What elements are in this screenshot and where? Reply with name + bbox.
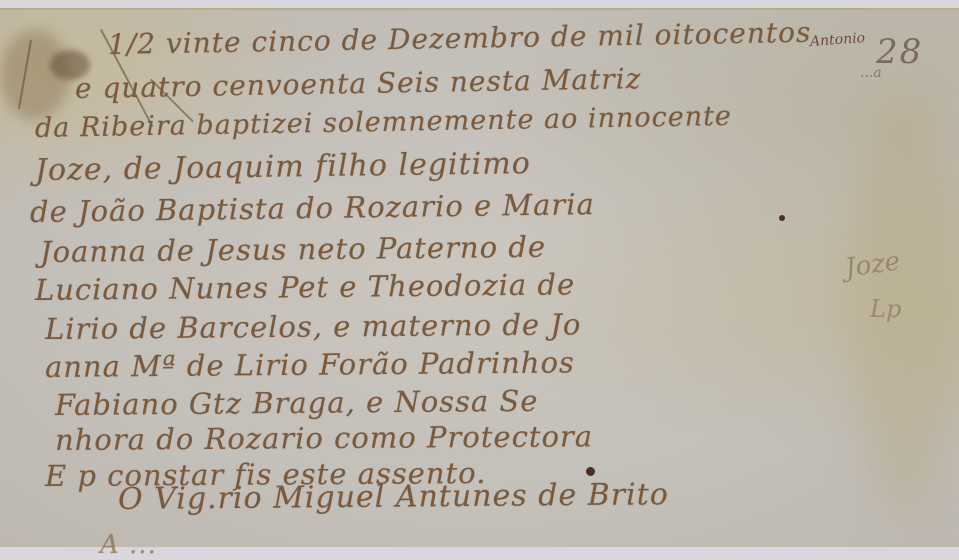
- text-line-7: Luciano Nunes Pet e Theodozia de: [35, 267, 575, 307]
- text-fragment-bottom: A ...: [100, 530, 157, 545]
- ink-blot: [586, 467, 595, 476]
- text-line-1: 1/2 vinte cinco de Dezembro de mil oitoc…: [108, 16, 812, 61]
- text-line-2: e quatro cenvoenta Seis nesta Matriz: [75, 62, 642, 105]
- signature: O Vig.rio Miguel Antunes de Brito: [118, 477, 669, 517]
- water-stain: [0, 30, 70, 120]
- folio-number: 28: [876, 32, 923, 72]
- text-line-8: Lirio de Barcelos, e materno de Jo: [45, 307, 582, 346]
- text-line-6: Joanna de Jesus neto Paterno de: [40, 230, 546, 269]
- paper-crack: [18, 40, 32, 109]
- ink-blot: [779, 215, 785, 221]
- margin-name: Joze: [843, 246, 902, 283]
- margin-note-top: Antonio: [810, 30, 866, 50]
- text-line-10: Fabiano Gtz Braga, e Nossa Se: [55, 384, 539, 422]
- text-line-9: anna Mª de Lirio Forão Padrinhos: [45, 345, 575, 384]
- text-line-4: Joze, de Joaquim filho legitimo: [35, 146, 531, 188]
- manuscript-page: Antonio ...a 28 1/2 vinte cinco de Dezem…: [0, 8, 959, 545]
- text-line-5: de João Baptista do Rozario e Maria: [30, 187, 595, 229]
- text-line-11: nhora do Rozario como Protectora: [55, 419, 593, 457]
- text-line-3: da Ribeira baptizei solemnemente ao inno…: [35, 101, 732, 144]
- margin-name-sub: Lp: [870, 295, 901, 323]
- aging-stain: [850, 90, 959, 510]
